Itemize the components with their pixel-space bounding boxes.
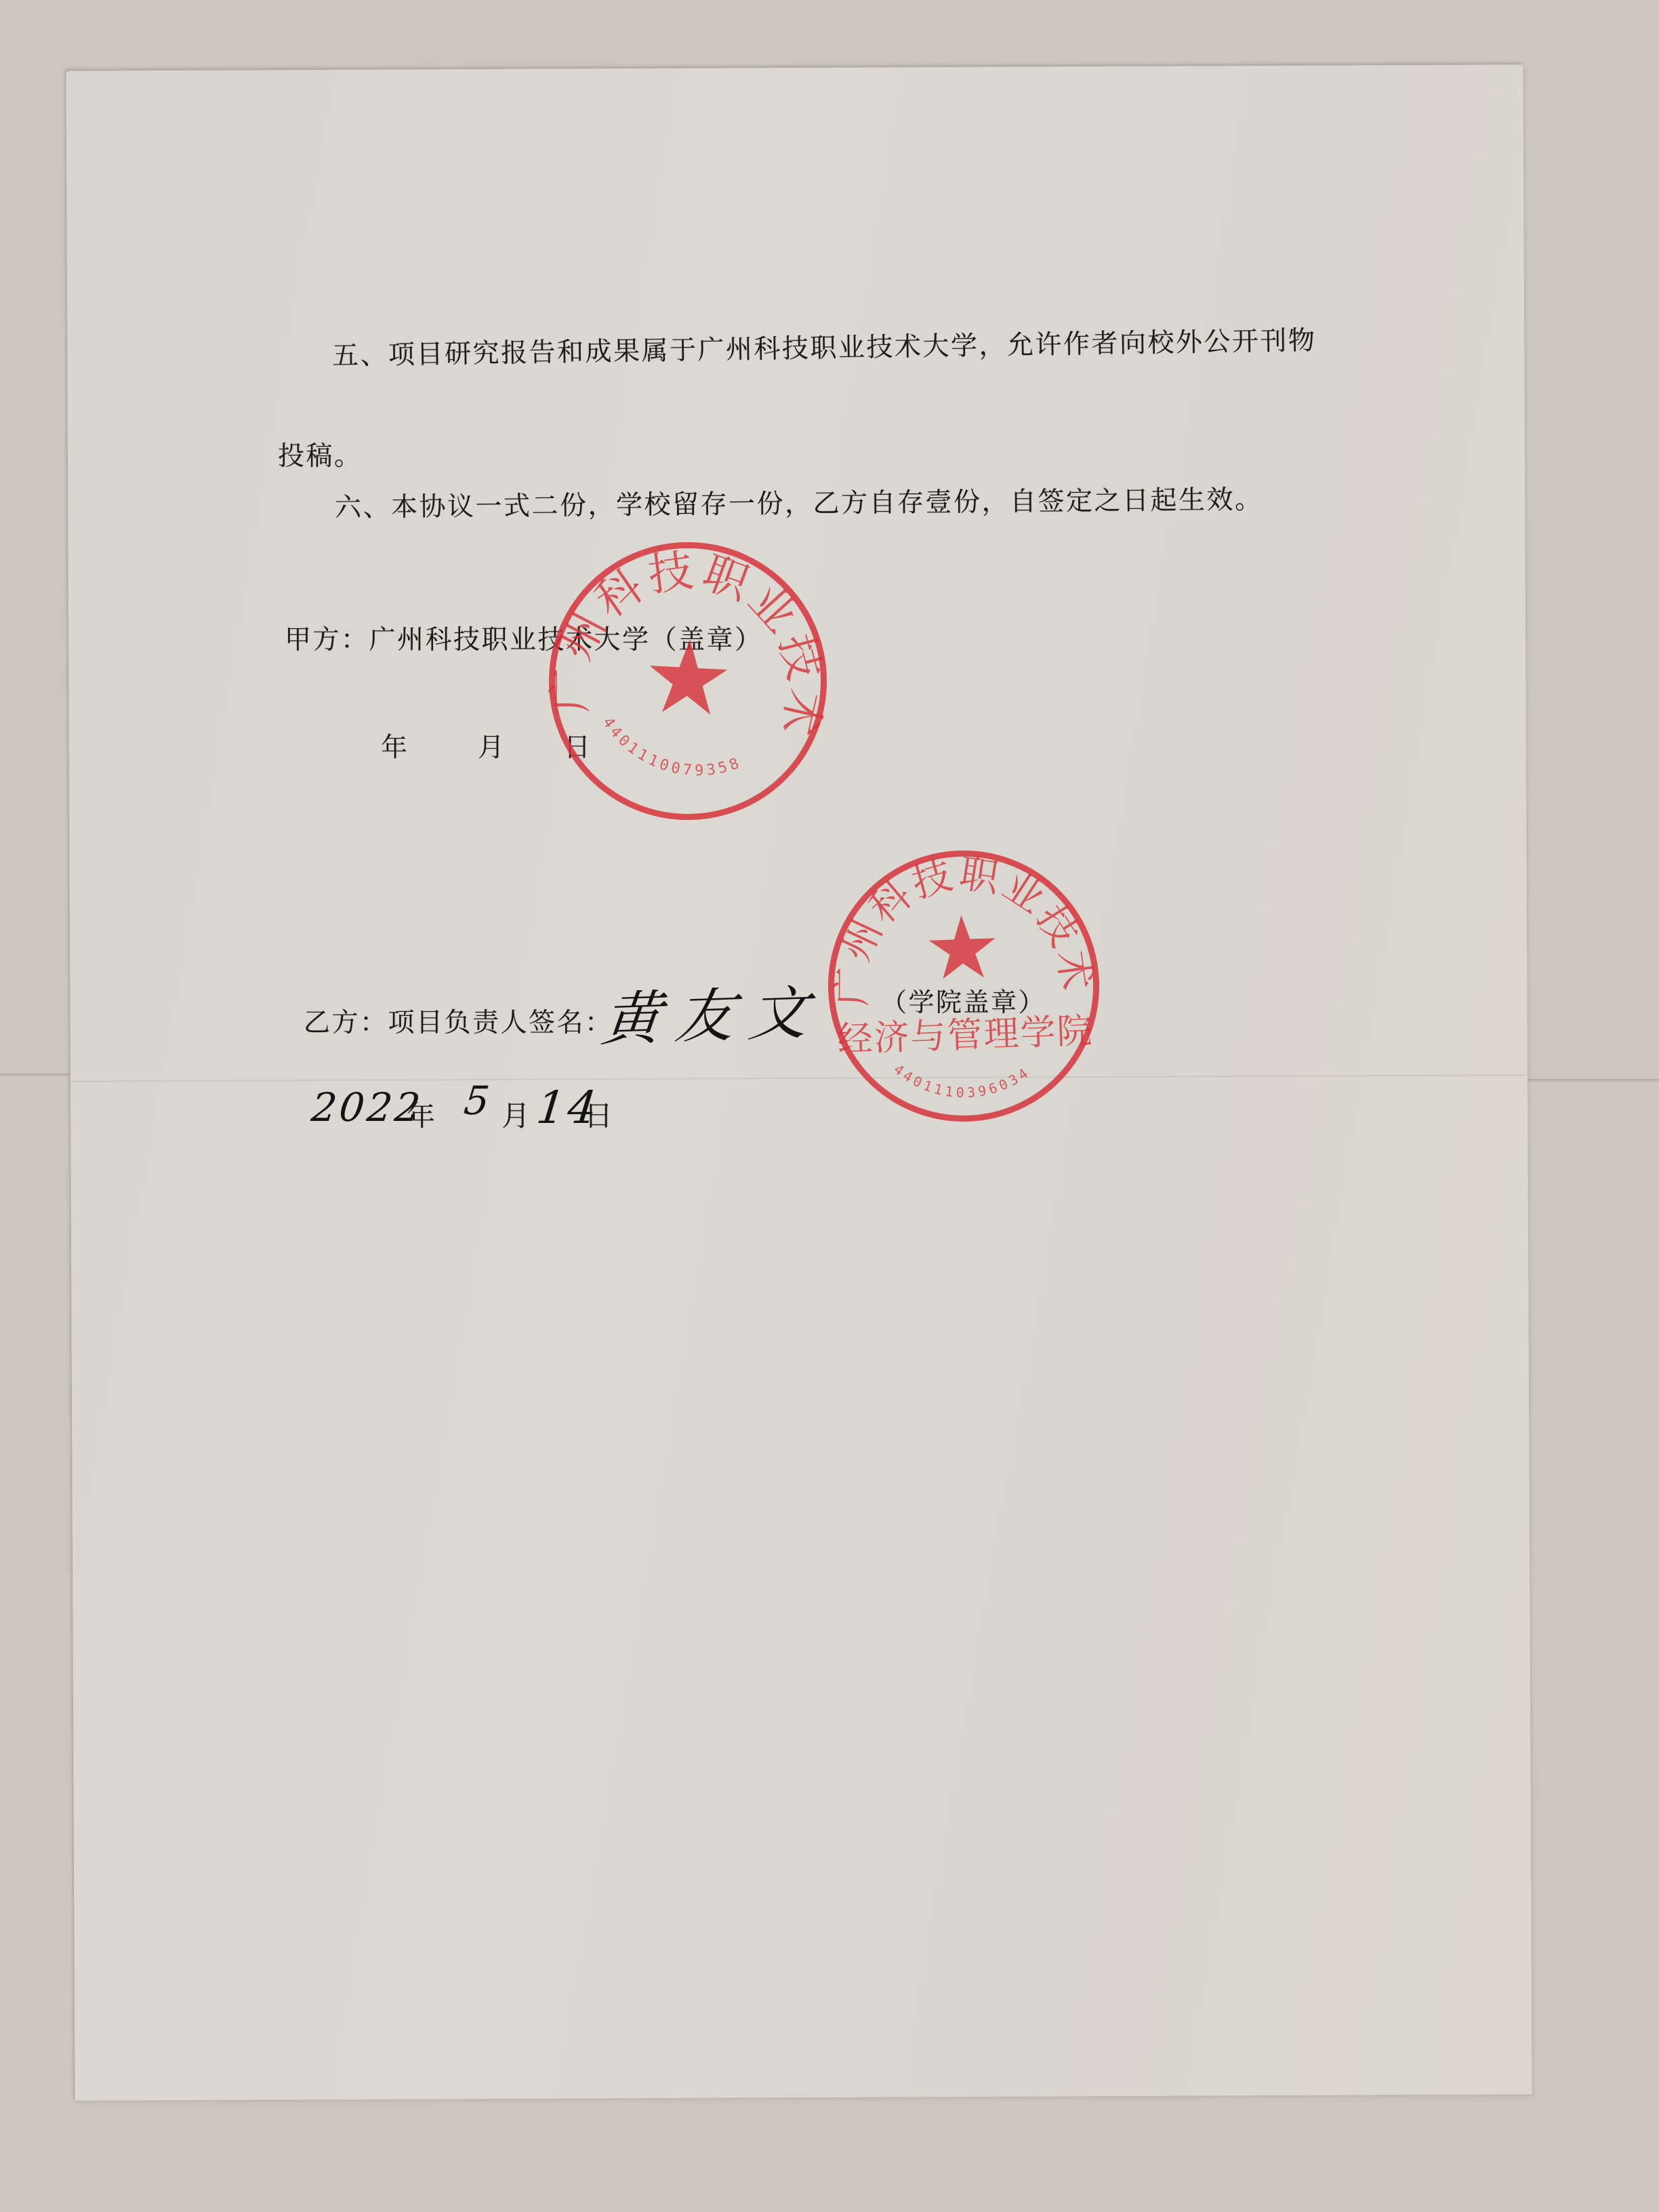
- party-b-date-day-label: 日: [584, 1094, 615, 1134]
- document-paper: [66, 64, 1532, 2100]
- university-seal-graphic: 广州科技职业技术大学 4401110079358 ★: [542, 535, 834, 827]
- party-b-date-year-label: 年: [407, 1094, 437, 1134]
- background-seam-right: [1525, 1079, 1659, 1082]
- star-icon: ★: [640, 617, 737, 740]
- college-seal-label: （学院盖章）: [881, 981, 1046, 1019]
- paper-fold-line: [70, 1074, 1528, 1082]
- party-b-date-month: 5: [462, 1078, 494, 1124]
- university-seal-stamp: 广州科技职业技术大学 4401110079358 ★: [542, 535, 834, 827]
- party-b-date-month-label: 月: [501, 1094, 532, 1134]
- party-a-year-label: 年: [381, 726, 409, 764]
- party-b-label: 乙方：项目负责人签名：: [304, 1002, 613, 1040]
- party-b-signature: 黄友文: [598, 965, 827, 1057]
- party-a-month-label: 月: [478, 726, 506, 764]
- background-seam-left: [0, 1073, 75, 1076]
- college-seal-serial: 4401110396034: [890, 1057, 1034, 1104]
- clause-5-line-2: 投稿。: [278, 435, 363, 473]
- clause-6: 六、本协议一式二份，学校留存一份，乙方自存壹份，自签定之日起生效。: [335, 478, 1263, 525]
